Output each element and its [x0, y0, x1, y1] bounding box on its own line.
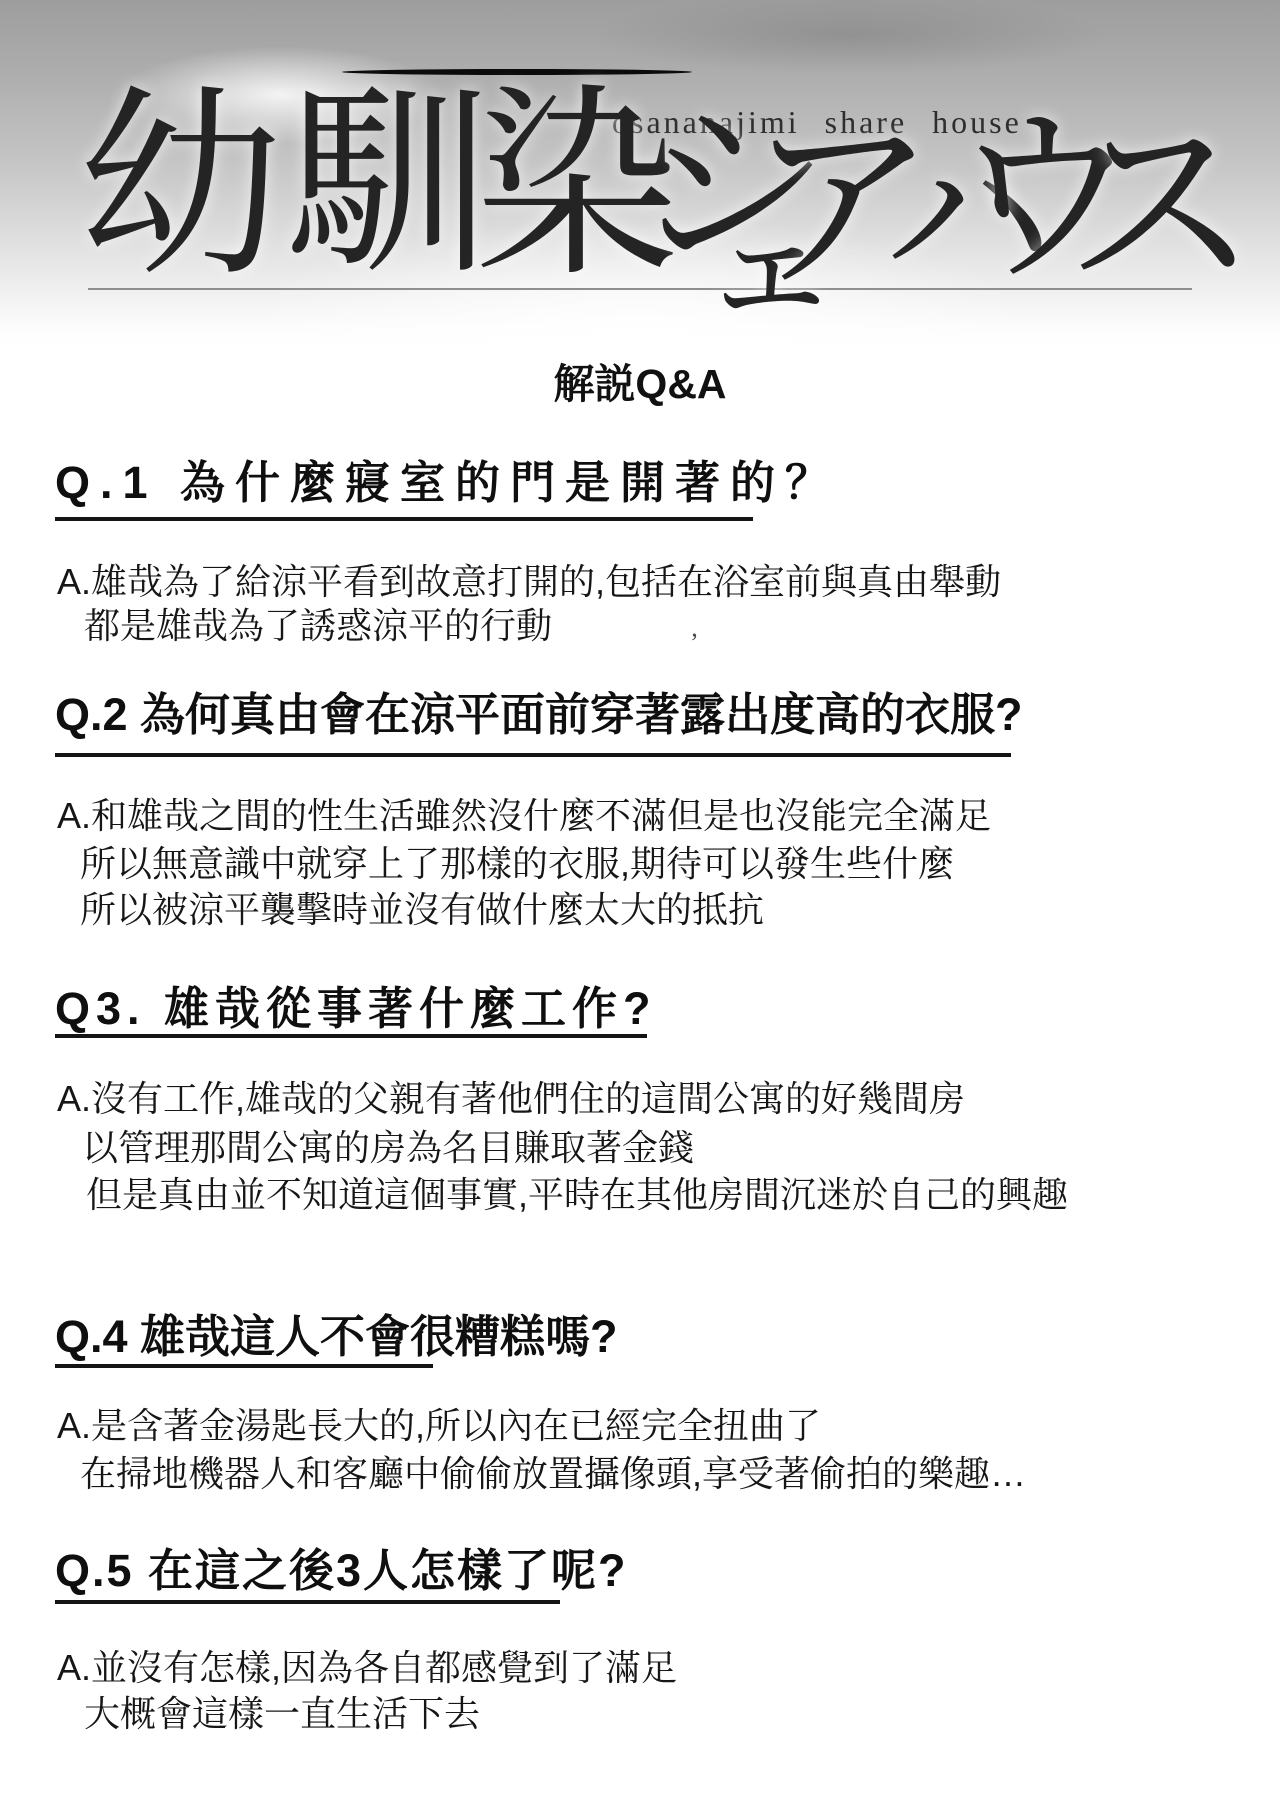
question-heading: Q.4 雄哉這人不會很糟糕嗎? [55, 1314, 618, 1359]
answer-line: A.並沒有怎樣,因為各自都感覺到了滿足 [57, 1650, 677, 1686]
question-underline [55, 1034, 647, 1038]
section-heading: 解説Q&A [0, 364, 1280, 405]
title-char: ス [1064, 108, 1259, 303]
question-heading: Q.1 為什麼寢室的門是開著的？ [55, 460, 840, 505]
question-heading: Q3. 雄哉從事著什麼工作? [55, 986, 657, 1031]
answer-line: A.沒有工作,雄哉的父親有著他們住的這間公寓的好幾間房 [57, 1081, 965, 1117]
answer-line: 大概會這樣一直生活下去 [84, 1696, 480, 1732]
answer-line: 所以被涼平襲擊時並沒有做什麼太大的抵抗 [80, 892, 764, 928]
question-heading: Q.2 為何真由會在涼平面前穿著露出度高的衣服? [55, 692, 1023, 737]
answer-line: 但是真由並不知道這個事實,平時在其他房間沉迷於自己的興趣 [86, 1177, 1068, 1213]
answer-line: A.和雄哉之間的性生活雖然沒什麼不滿但是也沒能完全滿足 [57, 798, 991, 834]
header-banner: osananajimi share house 幼 馴 染 シ ェ ア ハ ウ … [0, 0, 1280, 345]
question-underline [55, 517, 753, 521]
question-underline [55, 1364, 433, 1368]
title-char: 幼 [78, 84, 283, 289]
answer-line: A.雄哉為了給涼平看到故意打開的,包括在浴室前與真由舉動 [57, 564, 1001, 600]
answer-line: 在掃地機器人和客廳中偷偷放置攝像頭,享受著偷拍的樂趣… [80, 1456, 1026, 1492]
question-underline [55, 1600, 560, 1604]
question-underline [55, 753, 1011, 757]
question-heading: Q.5 在這之後3人怎樣了呢? [55, 1548, 628, 1593]
answer-line: 所以無意識中就穿上了那樣的衣服,期待可以發生些什麼 [80, 846, 954, 882]
answer-line: 以管理那間公寓的房為名目賺取著金錢 [82, 1130, 694, 1166]
answer-line: 都是雄哉為了誘惑涼平的行動 [84, 608, 552, 644]
page: osananajimi share house 幼 馴 染 シ ェ ア ハ ウ … [0, 0, 1280, 1808]
stray-mark: ’ [690, 628, 699, 658]
answer-line: A.是含著金湯匙長大的,所以內在已經完全扭曲了 [57, 1408, 821, 1444]
title-char: 馴 [286, 82, 491, 287]
